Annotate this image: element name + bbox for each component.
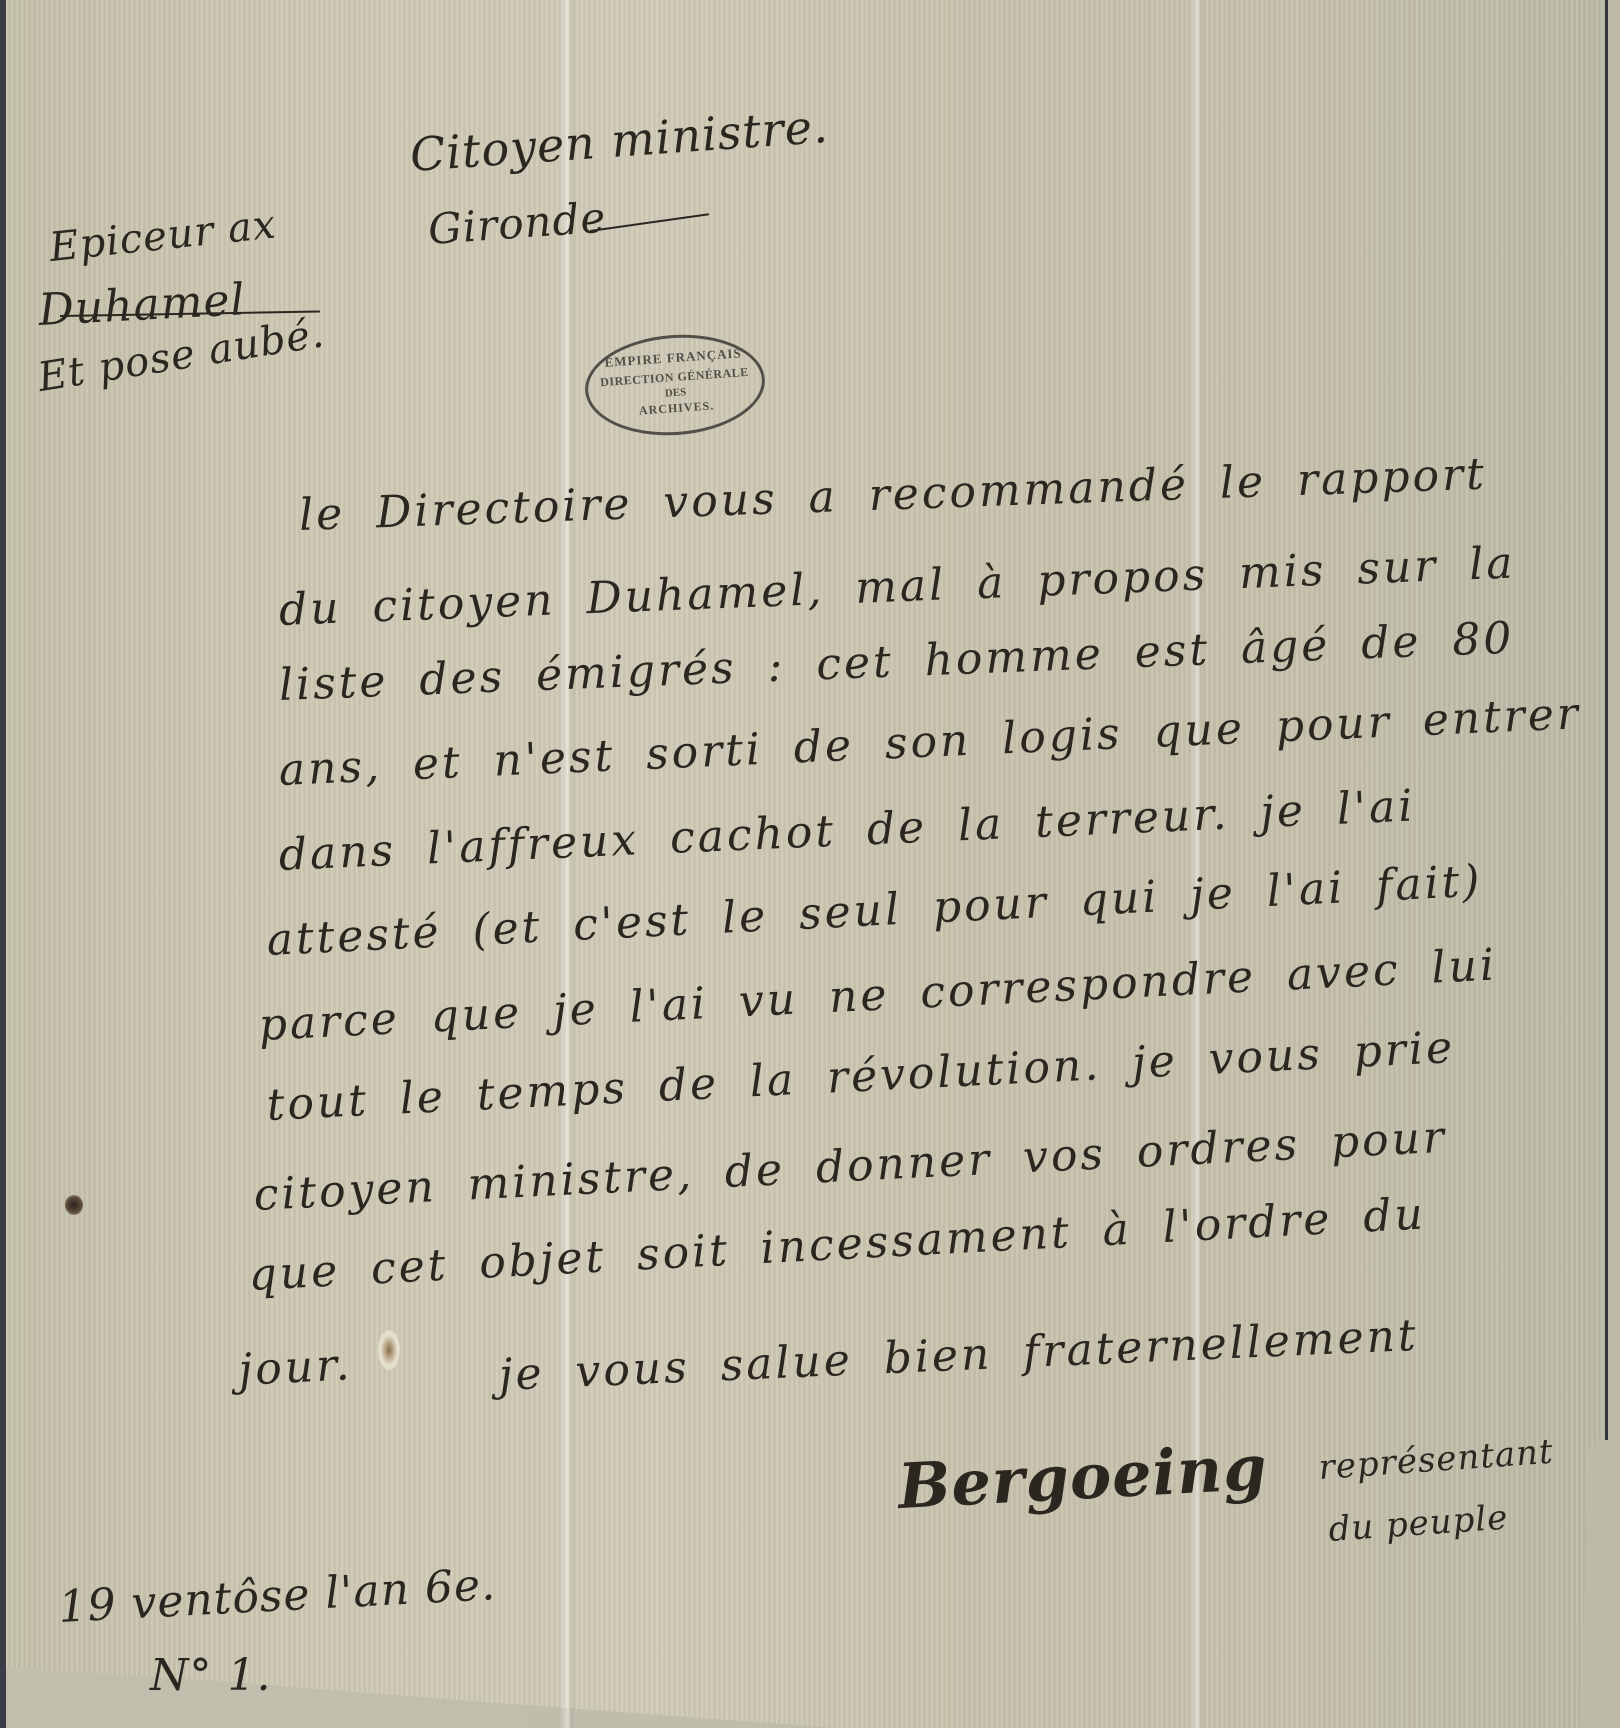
paper-hole bbox=[65, 1195, 83, 1215]
body-line-11: jour. bbox=[237, 1339, 353, 1396]
right-border-edge bbox=[1605, 0, 1608, 1440]
paper-damage-spot bbox=[378, 1330, 400, 1370]
footer-number: N° 1. bbox=[150, 1650, 271, 1701]
left-border-edge bbox=[0, 0, 6, 1728]
